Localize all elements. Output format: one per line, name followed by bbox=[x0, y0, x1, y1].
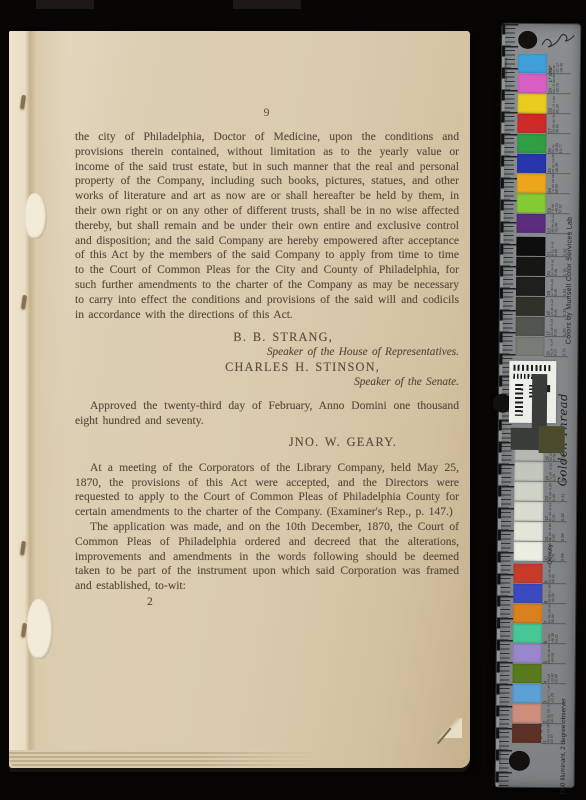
patch-density-value: 0.75 bbox=[561, 337, 567, 356]
registration-dot-bottom bbox=[509, 751, 530, 771]
color-patch-20 bbox=[516, 257, 545, 276]
color-patch-10 bbox=[514, 542, 543, 561]
film-edge-mark bbox=[233, 0, 301, 9]
patch-density-value: 1.51 bbox=[562, 277, 568, 296]
page-text-block: the city of Philadelphia, Doctor of Medi… bbox=[75, 130, 459, 610]
color-patch-26 bbox=[517, 134, 546, 153]
signature-name-strang: B. B. STRANG, bbox=[75, 330, 459, 345]
patch-lab-values: 52.36 40.09 68.61 bbox=[548, 564, 559, 583]
color-patch-9 bbox=[513, 564, 542, 583]
patch-density-value: 0.44 bbox=[560, 462, 566, 481]
patch-lab-values: 35.12 13.38 15.07 bbox=[547, 724, 558, 743]
target-reference-patch bbox=[539, 426, 565, 453]
patch-row-divider bbox=[543, 561, 567, 562]
body-paragraph-1: the city of Philadelphia, Doctor of Medi… bbox=[75, 130, 459, 322]
patch-lab-values: 82.74 3.65 81.26 bbox=[553, 94, 564, 113]
patch-lab-values: 32.18 0.19 0.25 bbox=[551, 317, 562, 336]
color-patch-13 bbox=[514, 482, 543, 501]
color-patch-4 bbox=[513, 664, 542, 683]
patch-density-value: 0.31 bbox=[560, 482, 566, 501]
color-patch-27 bbox=[517, 114, 546, 133]
color-calibration-bar: centimeters inches L* a* b* L* a* b* Col… bbox=[496, 24, 581, 788]
patch-lab-values: 74.48 -40.21 57.92 bbox=[552, 194, 563, 213]
paper-chip bbox=[25, 193, 47, 239]
patch-lab-values: 72.36 -1.02 1.26 bbox=[549, 462, 560, 481]
color-patch-19 bbox=[516, 277, 545, 296]
resolution-bars-icon bbox=[513, 365, 550, 371]
patch-lab-values: 50.79 55.98 -22.72 bbox=[553, 74, 564, 93]
patch-density-value: 2.02 bbox=[562, 237, 568, 256]
color-patch-29 bbox=[518, 74, 547, 93]
patch-lab-values: 12.54 0.32 0.48 bbox=[551, 257, 562, 276]
resolution-bars-icon bbox=[515, 384, 523, 416]
patch-density-value: 1.25 bbox=[562, 297, 568, 316]
patch-lab-values: 8.12 0.41 0.60 bbox=[551, 237, 562, 256]
color-patch-23 bbox=[517, 194, 546, 213]
patch-lab-values: 24.36 0.22 0.31 bbox=[551, 297, 562, 316]
color-patch-6 bbox=[513, 624, 542, 643]
signature-name-stinson: CHARLES H. STINSON, bbox=[75, 360, 459, 375]
patch-density-value: 0.18 bbox=[560, 502, 566, 521]
patch-density-value: 0.09 bbox=[560, 522, 566, 541]
page-stack-edge bbox=[9, 750, 319, 768]
patch-lab-values: 97.08 -0.80 1.70 bbox=[549, 542, 560, 561]
color-patch-14 bbox=[514, 462, 543, 481]
registration-dot-top bbox=[518, 31, 537, 49]
patch-lab-values: 39.08 17.85 -46.50 bbox=[548, 584, 559, 603]
patch-lab-values: 71.65 19.58 68.05 bbox=[552, 174, 563, 193]
patch-lab-values: 79.40 -0.96 1.43 bbox=[549, 482, 560, 501]
patch-lab-values: 71.03 -48.38 13.21 bbox=[548, 624, 559, 643]
patch-lab-values: 50.87 -27.17 -29.46 bbox=[553, 54, 564, 73]
color-patch-25 bbox=[517, 154, 546, 173]
patch-density-value: 1.76 bbox=[562, 257, 568, 276]
color-patch-8 bbox=[513, 584, 542, 603]
script-signature-icon bbox=[540, 27, 576, 53]
color-patch-5 bbox=[513, 644, 542, 663]
color-patch-7 bbox=[513, 604, 542, 623]
signature-title-house: Speaker of the House of Representatives. bbox=[75, 345, 459, 360]
patch-lab-values: 29.32 13.06 -48.49 bbox=[552, 154, 563, 173]
binding-stitch bbox=[20, 95, 26, 109]
patch-lab-values: 30.05 25.23 -31.40 bbox=[552, 214, 563, 233]
color-patch-28 bbox=[518, 94, 547, 113]
color-patch-22 bbox=[517, 214, 546, 233]
patch-lab-values: 17.90 0.28 0.39 bbox=[551, 277, 562, 296]
patch-row-divider bbox=[545, 233, 569, 234]
binding-stitch bbox=[21, 295, 27, 309]
color-patch-24 bbox=[517, 174, 546, 193]
patch-lab-values: 62.91 24.32 56.04 bbox=[548, 604, 559, 623]
color-patch-16 bbox=[515, 337, 544, 356]
patch-lab-values: 87.36 -0.91 1.51 bbox=[549, 502, 560, 521]
film-edge-mark bbox=[36, 0, 94, 9]
patch-density-value: 0.04 bbox=[560, 542, 566, 561]
signature-gathering-mark: 2 bbox=[75, 595, 459, 610]
body-paragraph-3: The application was made, and on the 10t… bbox=[75, 520, 459, 594]
patch-lab-values: 60.38 18.66 -34.58 bbox=[548, 644, 559, 663]
approver-name: JNO. W. GEARY. bbox=[75, 435, 459, 450]
page-number: 9 bbox=[75, 105, 459, 120]
patch-lab-values: 44.29 -13.82 22.85 bbox=[548, 664, 559, 683]
book-page: 9 the city of Philadelphia, Doctor of Me… bbox=[9, 31, 470, 768]
color-patch-2 bbox=[512, 704, 541, 723]
body-paragraph-2: At a meeting of the Corporators of the L… bbox=[75, 461, 459, 520]
color-patch-18 bbox=[516, 297, 545, 316]
color-patch-1 bbox=[512, 724, 541, 743]
color-patch-30 bbox=[518, 54, 547, 73]
color-patch-17 bbox=[516, 317, 545, 336]
color-patch-11 bbox=[514, 522, 543, 541]
patch-lab-values: 92.60 -0.85 1.62 bbox=[549, 522, 560, 541]
patch-lab-values: 65.42 18.71 16.72 bbox=[547, 704, 558, 723]
patch-row-divider bbox=[541, 743, 565, 744]
patch-lab-values: 41.07 0.14 0.21 bbox=[550, 337, 561, 356]
color-patch-12 bbox=[514, 502, 543, 521]
paper-chip bbox=[27, 599, 53, 659]
color-patch-3 bbox=[512, 684, 541, 703]
patch-row-divider bbox=[544, 356, 568, 357]
patch-density-value: 1.00 bbox=[562, 317, 568, 336]
approval-paragraph: Approved the twenty-third day of Februar… bbox=[75, 399, 459, 429]
patch-lab-values: 63.67 -7.34 -22.26 bbox=[547, 684, 558, 703]
binding-stitch bbox=[20, 541, 26, 555]
inches-label: inches bbox=[497, 728, 502, 762]
patch-lab-values: 43.96 52.02 30.02 bbox=[552, 114, 563, 133]
color-patch-21 bbox=[516, 237, 545, 256]
signature-title-senate: Speaker of the Senate. bbox=[75, 375, 459, 390]
patch-lab-values: 54.91 -39.86 10.77 bbox=[552, 134, 563, 153]
centimeters-label: centimeters bbox=[503, 30, 508, 82]
